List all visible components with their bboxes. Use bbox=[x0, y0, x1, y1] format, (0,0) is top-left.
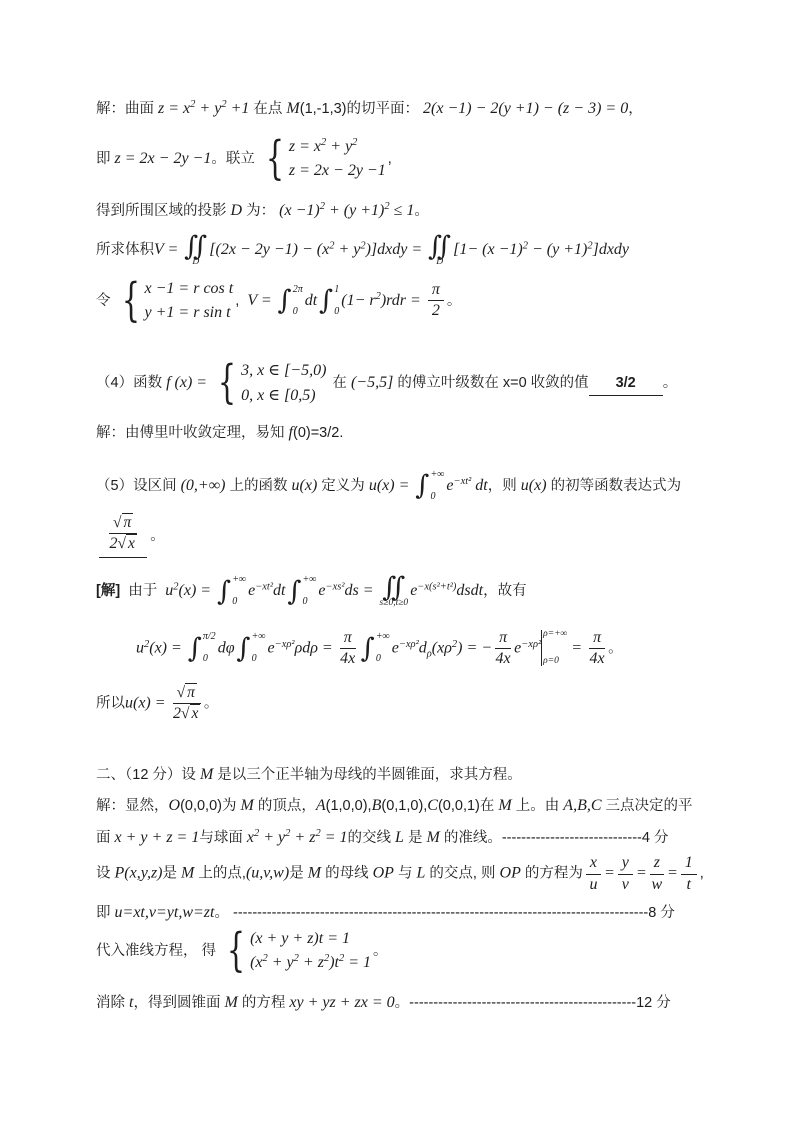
line-p2-generator-equation: 设 P(x,y,z)是 M 上的点,(u,v,w)是 M 的母线 OP 与 L … bbox=[96, 854, 708, 894]
line-p2-solution-points: 解：显然，O(0,0,0)为 M 的顶点，A(1,0,0),B(0,1,0),C… bbox=[96, 795, 708, 817]
line-q4-solution: 解：由傅里叶收敛定理，易知 f(0)=3/2. bbox=[96, 422, 708, 444]
line-q5-solution-square: [解] 由于 u2(x) = ∫+∞0e−xt²dt∫+∞0e−xs²ds = … bbox=[96, 574, 708, 609]
line-p2-plane-sphere: 面 x + y + z = 1与球面 x2 + y2 + z2 = 1的交线 L… bbox=[96, 827, 708, 849]
line-q5-definition: （5）设区间 (0,+∞) 上的函数 u(x) 定义为 u(x) = ∫+∞0e… bbox=[96, 470, 708, 502]
line-q4-fourier-series: （4）函数 f (x) = {3, x ∈ [−5,0)0, x ∈ [0,5)… bbox=[96, 360, 708, 406]
line-p2-substituted-system: 代入准线方程， 得 {(x + y + z)t = 1(x2 + y2 + z2… bbox=[96, 928, 708, 974]
line-simultaneous-system: 即 z = 2x − 2y −1。联立 {z = x2 + y2z = 2x −… bbox=[96, 136, 708, 182]
line-q5-conclusion: 所以u(x) = √π2√x。 bbox=[96, 684, 708, 723]
line-q5-polar-evaluation: u2(x) = ∫π/20dφ∫+∞0e−xρ²ρdρ = π4x∫+∞0e−x… bbox=[136, 629, 708, 669]
line-q5-answer: √π2√x。 bbox=[96, 514, 708, 558]
line-polar-substitution: 令 {x −1 = r cos ty +1 = r sin t, V = ∫2π… bbox=[96, 278, 708, 324]
line-projection-region: 得到所围区域的投影 D 为： (x −1)2 + (y +1)2 ≤ 1。 bbox=[96, 200, 708, 222]
line-tangent-plane: 解：曲面 z = x2 + y2 +1 在点 M(1,-1,3)的切平面： 2(… bbox=[96, 98, 708, 120]
line-p2-parametrization: 即 u=xt,v=yt,w=zt。 ----------------------… bbox=[96, 902, 708, 924]
line-volume-double-integral: 所求体积V = ∬D[(2x − 2y −1) − (x2 + y2)]dxdy… bbox=[96, 233, 708, 268]
line-problem2-statement: 二、（12 分）设 M 是以三个正半轴为母线的半圆锥面，求其方程。 bbox=[96, 764, 708, 786]
line-p2-final-equation: 消除 t，得到圆锥面 M 的方程 xy + yz + zx = 0。------… bbox=[96, 992, 708, 1014]
document-page: 解：曲面 z = x2 + y2 +1 在点 M(1,-1,3)的切平面： 2(… bbox=[0, 0, 800, 1131]
